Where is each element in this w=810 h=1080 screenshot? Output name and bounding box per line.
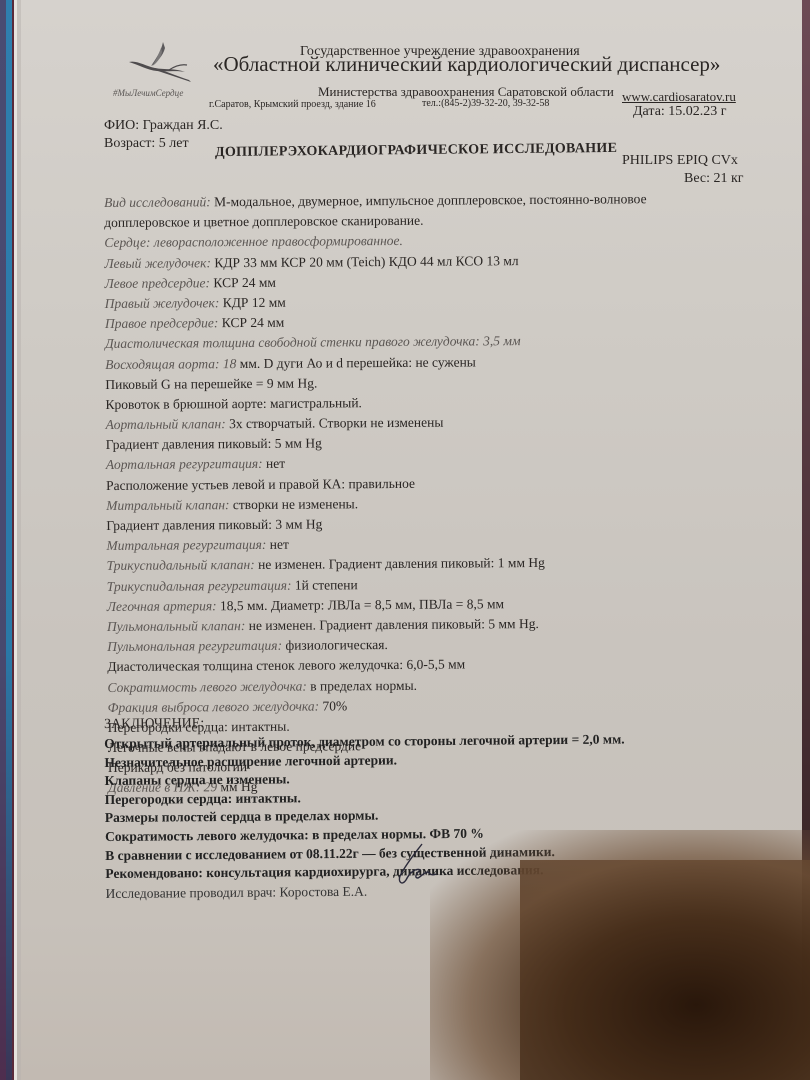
finding-value: в пределах нормы. [307,677,417,693]
finding-value: физиологическая. [282,637,388,653]
background-left-shade [0,0,6,1080]
crane-logo-icon [125,38,195,88]
patient-name: ФИО: Граждан Я.С. [104,118,223,134]
finding-label: Митральный клапан: [106,497,229,513]
finding-value: не изменен. Градиент давления пиковый: 1… [255,555,545,572]
finding-value: 1й степени [291,577,357,592]
finding-label: Вид исследований: [104,194,211,210]
device-name: PHILIPS EPIQ CVx [622,153,738,169]
finding-value: Расположение устьев левой и правой КА: п… [106,475,415,492]
finding-value: М-модальное, двумерное, импульсное доппл… [211,191,647,209]
finding-label: Диастолическая толщина свободной стенки … [105,333,521,351]
finding-label: Аортальная регургитация: [106,456,263,472]
finding-value: Кровоток в брюшной аорте: магистральный. [105,395,362,412]
finding-label: Левое предсердие: [105,275,210,291]
patient-weight: Вес: 21 кг [684,171,744,187]
finding-label: Аортальный клапан: [106,416,226,432]
finding-value: Диастолическая толщина стенок левого жел… [107,657,465,674]
finding-value: нет [263,456,286,471]
report-date: Дата: 15.02.23 г [633,104,727,120]
finding-value: 70% [319,698,347,713]
finding-value: створки не изменены. [229,496,358,512]
finding-value: не изменен. Градиент давления пиковый: 5… [245,616,539,633]
finding-label: Правый желудочек: [105,295,220,311]
finding-label: Трикуспидальный клапан: [107,557,255,573]
finding-value: Градиент давления пиковый: 3 мм Hg [106,516,322,533]
phone: тел.:(845-2)39-32-20, 39-32-58 [422,98,549,109]
finding-value: Градиент давления пиковый: 5 мм Hg [106,436,322,453]
finding-label: Сократимость левого желудочка: [107,678,307,694]
finding-label: Трикуспидальная регургитация: [107,577,292,593]
patient-age: Возраст: 5 лет [104,136,189,152]
finding-label: Пульмональная регургитация: [107,638,282,654]
finding-value: Пиковый G на перешейке = 9 мм Hg. [105,375,317,391]
finding-value: КСР 24 мм [210,275,276,290]
finding-value: 3х створчатый. Створки не изменены [226,415,444,432]
finding-label: Легочная артерия: [107,598,217,614]
address: г.Саратов, Крымский проезд, здание 16 [209,99,376,110]
org-name: «Областной клинический кардиологический … [213,52,720,77]
finding-value: КДР 12 мм [219,295,286,310]
finding-label: Восходящая аорта: 18 [105,356,236,372]
logo-hashtag: #МыЛечимСердце [113,88,183,98]
finding-label: Пульмональный клапан: [107,618,245,634]
finding-value: 18,5 мм. Диаметр: ЛВЛа = 8,5 мм, ПВЛа = … [217,596,505,613]
findings-list: Вид исследований: М-модальное, двумерное… [104,189,748,799]
finding-value: КДР 33 мм КСР 20 мм (Teich) КДО 44 мл КС… [211,253,519,270]
finding-label: Сердце: леворасположенное правосформиров… [104,233,403,250]
finding-value: нет [266,537,289,552]
hand-shadow-soft [430,830,810,1080]
finding-label: Фракция выброса левого желудочка: [108,698,320,714]
finding-label: Митральная регургитация: [106,537,266,553]
finding-label: Правое предсердие: [105,315,219,331]
website-link[interactable]: www.cardiosaratov.ru [622,89,736,105]
finding-value: допплеровское и цветное допплеровское ск… [104,213,423,230]
finding-value: мм. D дуги Ао и d перешейка: не сужены [236,354,476,371]
finding-value: КСР 24 мм [218,315,284,330]
finding-label: Левый желудочек: [104,255,211,271]
page-edge [17,0,21,1080]
